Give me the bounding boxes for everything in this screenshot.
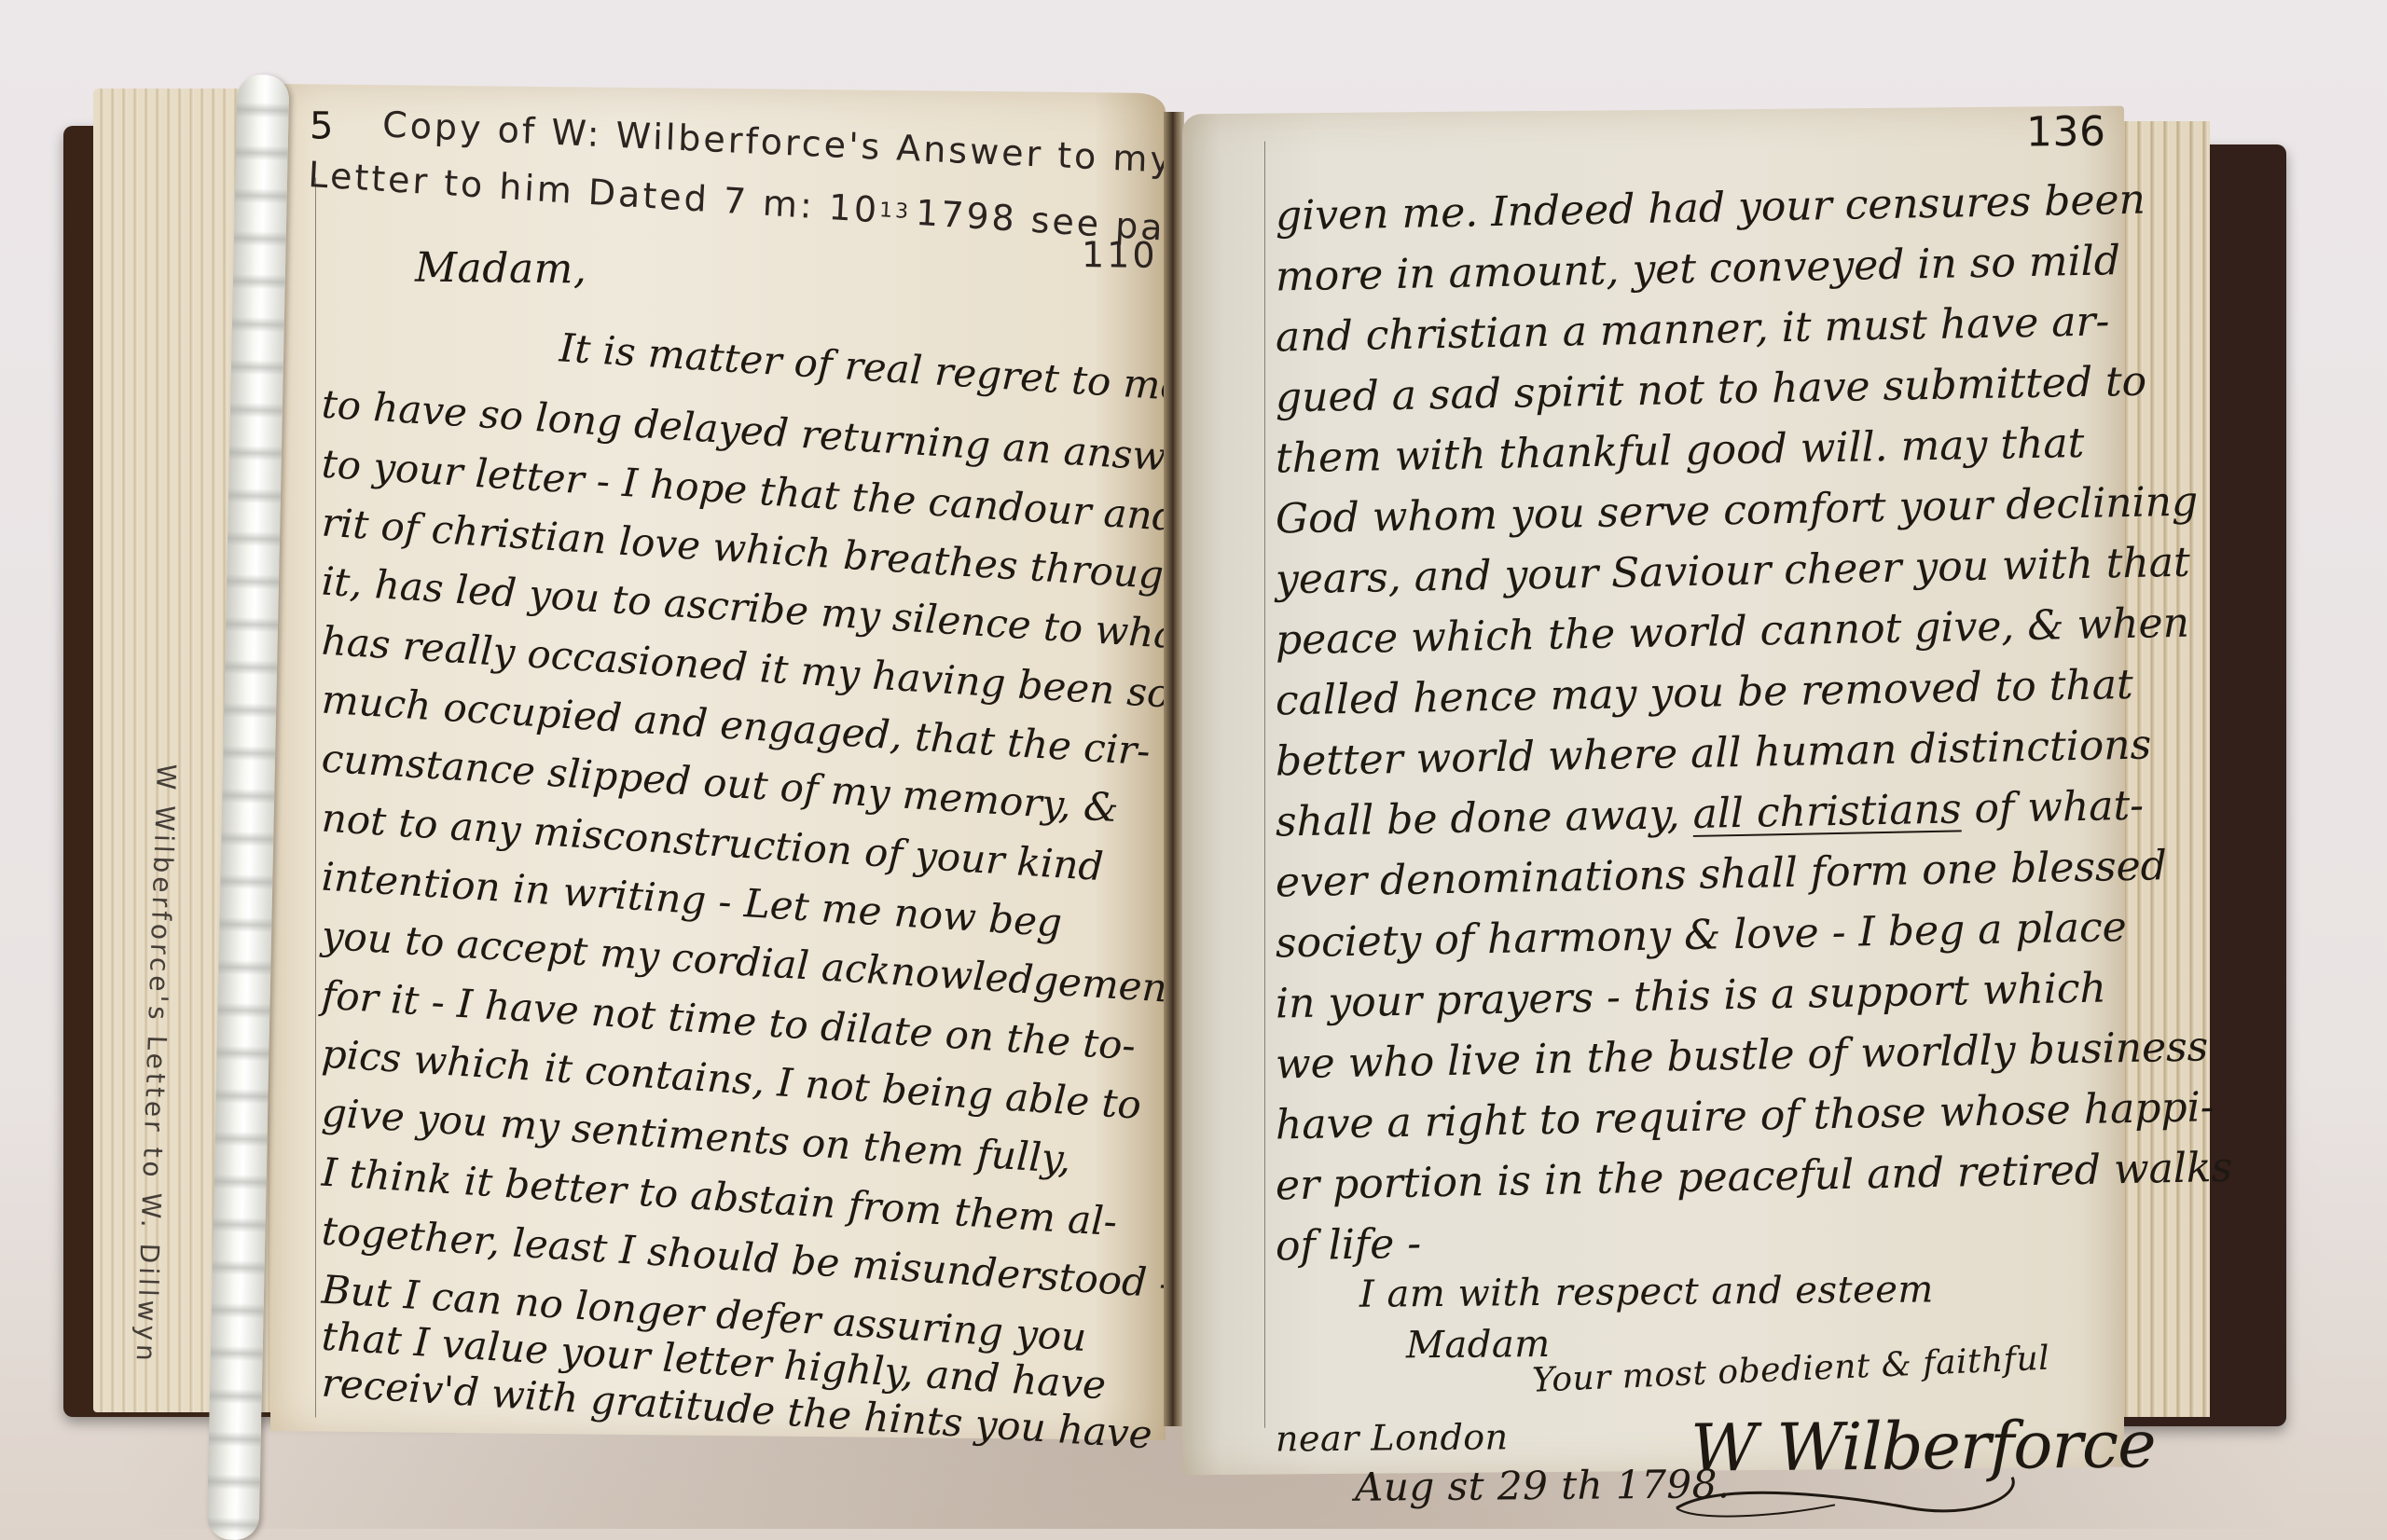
left-page-body: It is matter of real regret to me to hav… — [270, 84, 1166, 93]
signature-flourish — [1667, 1467, 2040, 1526]
right-margin-rule — [1264, 142, 1265, 1428]
left-margin-rule — [315, 177, 316, 1417]
book-gutter — [1164, 112, 1184, 1426]
header-note-date-superscript: 13 — [878, 199, 911, 224]
underlined-phrase-tail: of what- — [1961, 782, 2144, 833]
header-note-line2-text: Letter to him Dated 7 m: 10 — [308, 154, 881, 230]
body-line: er portion is in the peaceful and retire… — [1276, 1144, 2233, 1210]
body-line-with-underline: shall be done away, all christians of wh… — [1276, 782, 2145, 846]
body-line: them with thankful good will. may that — [1276, 419, 2085, 483]
body-line: called hence may you be removed to that — [1276, 661, 2133, 725]
right-page-body: given me. Indeed had your censures been … — [1182, 106, 2124, 115]
body-line: more in amount, yet conveyed in so mild — [1276, 237, 2120, 300]
body-line: and christian a manner, it must have ar- — [1276, 297, 2110, 361]
body-line: better world where all human distinction… — [1276, 722, 2152, 786]
body-line: have a right to require of those whose h… — [1276, 1083, 2215, 1148]
closing-place: near London — [1276, 1416, 1509, 1459]
page-edges-right — [2117, 121, 2210, 1417]
left-page: 5 Copy of W: Wilberforce's Answer to my … — [270, 84, 1166, 1440]
body-line: years, and your Saviour cheer you with t… — [1276, 539, 2190, 604]
right-page: 136 given me. Indeed had your censures b… — [1182, 106, 2124, 1476]
body-line: peace which the world cannot give, & whe… — [1276, 599, 2189, 665]
closing-line2: Madam — [1406, 1323, 1551, 1367]
underlined-phrase: all christians — [1692, 785, 1961, 838]
body-line: God whom you serve comfort your declinin… — [1276, 478, 2199, 543]
closing-line3: Your most obedient & faithful — [1531, 1340, 2049, 1400]
header-note-page-ref: 110 — [1082, 234, 1158, 276]
body-line: given me. Indeed had your censures been — [1276, 176, 2146, 241]
body-line: we who live in the bustle of worldly bus… — [1276, 1023, 2209, 1088]
body-line: gued a sad spirit not to have submitted … — [1276, 358, 2147, 422]
underlined-phrase-context: shall be done away, — [1276, 791, 1693, 846]
body-line: ever denominations shall form one blesse… — [1276, 842, 2167, 906]
body-line: It is matter of real regret to me — [559, 324, 1185, 409]
body-line: of life - — [1276, 1220, 1422, 1271]
body-line: in your prayers - this is a support whic… — [1276, 964, 2106, 1027]
salutation: Madam, — [415, 244, 586, 294]
body-line: society of harmony & love - I beg a plac… — [1276, 903, 2127, 968]
folio-mark: 5 — [310, 104, 334, 147]
page-number: 136 — [2026, 108, 2105, 157]
closing-line1: I am with respect and esteem — [1359, 1268, 1934, 1315]
